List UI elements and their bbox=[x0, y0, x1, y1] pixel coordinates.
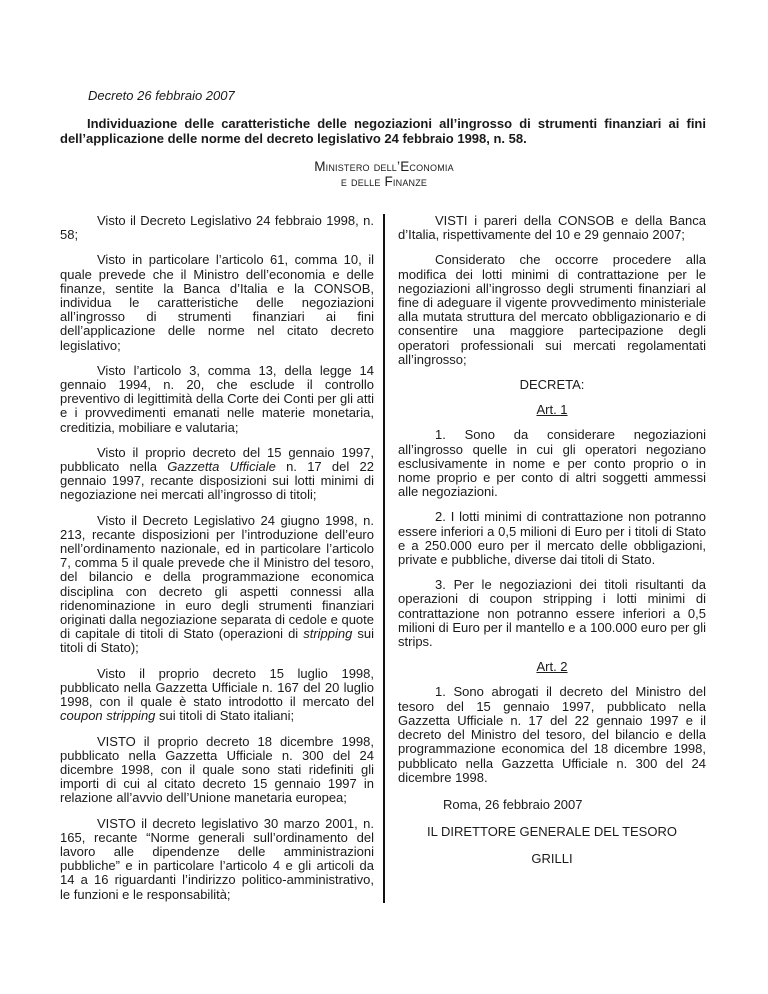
recital-dlgs-165: VISTO il decreto legislativo 30 marzo 20… bbox=[60, 817, 374, 902]
article-1-heading: Art. 1 bbox=[398, 403, 706, 417]
recital-decreto-luglio-1998: Visto il proprio decreto 15 luglio 1998,… bbox=[60, 667, 374, 724]
decree-date-line: Decreto 26 febbraio 2007 bbox=[60, 88, 706, 103]
recital-decreto-gennaio-1997: Visto il proprio decreto del 15 gennaio … bbox=[60, 446, 374, 503]
recital-pareri-consob: VISTI i pareri della CONSOB e della Banc… bbox=[398, 214, 706, 242]
article-1-comma-2: 2. I lotti minimi di contrattazione non … bbox=[398, 510, 706, 567]
ministry-line-2: e delle Finanze bbox=[0, 174, 768, 189]
recital-dlgs-213: Visto il Decreto Legislativo 24 giugno 1… bbox=[60, 514, 374, 656]
left-column: Visto il Decreto Legislativo 24 febbraio… bbox=[60, 214, 374, 913]
signature-title: IL DIRETTORE GENERALE DEL TESORO bbox=[398, 825, 706, 839]
recital-articolo-61: Visto in particolare l’articolo 61, comm… bbox=[60, 253, 374, 352]
decreta-heading: DECRETA: bbox=[398, 378, 706, 392]
column-divider bbox=[383, 214, 385, 903]
article-1-comma-1: 1. Sono da considerare negoziazioni all’… bbox=[398, 428, 706, 499]
article-1-comma-3: 3. Per le negoziazioni dei titoli risult… bbox=[398, 578, 706, 649]
recital-dlgs-58: Visto il Decreto Legislativo 24 febbraio… bbox=[60, 214, 374, 242]
recital-considerato: Considerato che occorre procedere alla m… bbox=[398, 253, 706, 367]
article-2-comma-1: 1. Sono abrogati il decreto del Ministro… bbox=[398, 685, 706, 784]
recital-decreto-dicembre-1998: VISTO il proprio decreto 18 dicembre 199… bbox=[60, 735, 374, 806]
right-column: VISTI i pareri della CONSOB e della Banc… bbox=[398, 214, 706, 878]
place-date-line: Roma, 26 febbraio 2007 bbox=[398, 798, 706, 812]
signature-name: GRILLI bbox=[398, 852, 706, 866]
recital-legge-20: Visto l’articolo 3, comma 13, della legg… bbox=[60, 364, 374, 435]
ministry-name: Ministero dell’Economia e delle Finanze bbox=[0, 159, 768, 189]
article-2-heading: Art. 2 bbox=[398, 660, 706, 674]
document-page: Decreto 26 febbraio 2007 Individuazione … bbox=[0, 0, 768, 994]
decree-title: Individuazione delle caratteristiche del… bbox=[60, 116, 706, 146]
ministry-line-1: Ministero dell’Economia bbox=[0, 159, 768, 174]
